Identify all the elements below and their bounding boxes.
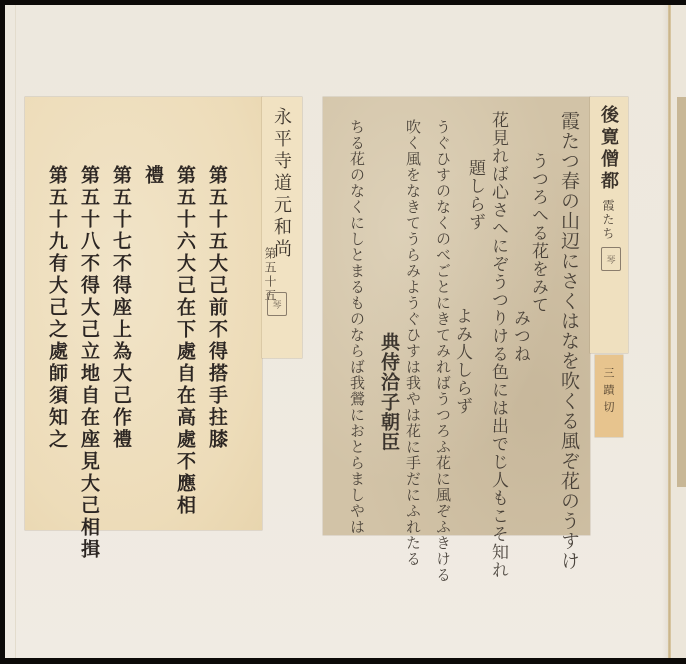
kanbun-column-5: 第五十八不得大己立地自在座見大己相揖 bbox=[79, 165, 98, 561]
left-attribution-slip: 永平寺道元和尚 第五十五 琴 bbox=[262, 97, 302, 358]
kanbun-column-4: 第五十七不得座上為大己作禮 bbox=[111, 165, 130, 451]
attribution-first-words: 霞たち bbox=[602, 199, 614, 241]
seal-stamp-icon: 琴 bbox=[601, 247, 621, 271]
kanbun-column-3: 禮 bbox=[143, 165, 162, 187]
right-attribution-slip: 後寛僧都 霞たち 琴 bbox=[590, 97, 628, 353]
seal-stamp-icon: 琴 bbox=[267, 292, 287, 316]
orange-classification-slip: 三蹟切 bbox=[595, 355, 623, 437]
poet-name: 典侍洽子朝臣 bbox=[379, 332, 398, 452]
classification-text: 三蹟切 bbox=[603, 367, 614, 418]
waka-column-8: 吹く風をなきてうらみようぐひすは我やは花に手だにふれたる bbox=[405, 119, 420, 567]
left-fragment-kanbun: 第五十五大己前不得搭手拄膝 第五十六大己在下處自在高處不應相 禮 第五十七不得座… bbox=[25, 97, 262, 530]
waka-column-3: みつね bbox=[511, 309, 528, 363]
attribution-name: 後寛僧都 bbox=[599, 105, 617, 193]
attribution-name: 永平寺道元和尚 bbox=[272, 107, 290, 261]
waka-column-1: 霞たつ春の山辺にさくはなを吹くる風ぞ花のうすけ bbox=[559, 111, 578, 571]
kanbun-column-1: 第五十五大己前不得搭手拄膝 bbox=[207, 165, 226, 451]
waka-column-4: 花見れば心さへにぞうつりける色には出でじ人もこそ知れ bbox=[489, 111, 506, 579]
waka-column-2: うつろへる花をみて bbox=[529, 152, 546, 314]
kanbun-column-2: 第五十六大己在下處自在高處不應相 bbox=[175, 165, 194, 517]
waka-column-7: うぐひすのなくのべごとにきてみればうつろふ花に風ぞふきける bbox=[435, 119, 450, 583]
adjacent-fragment-edge bbox=[677, 97, 686, 487]
waka-column-5: 題しらず bbox=[466, 159, 483, 231]
kanbun-column-6: 第五十九有大己之處師須知之 bbox=[47, 165, 66, 451]
waka-column-10: ちる花のなくにしとまるものならば我鶯におとらましやは bbox=[349, 119, 364, 535]
right-fragment-waka: 霞たつ春の山辺にさくはなを吹くる風ぞ花のうすけ うつろへる花をみて みつね 花見… bbox=[323, 97, 590, 535]
waka-column-6: よみ人しらず bbox=[453, 307, 470, 415]
